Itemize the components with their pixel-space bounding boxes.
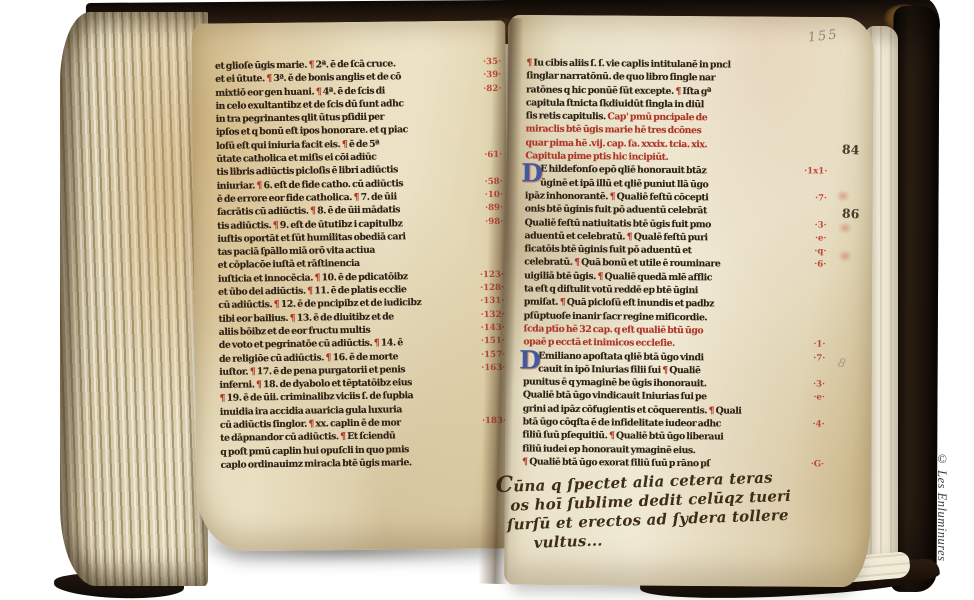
- left-page-text: et glioſe ūgis marie. ¶ 2ª. ē de ſcā cru…: [215, 56, 477, 472]
- margin-number: ·3·: [813, 379, 825, 392]
- manuscript-text: ta eſt q diſtulit votū reddē ep btē ūgin…: [524, 283, 698, 296]
- manuscript-text: Qualiē btā ūgo vindicauit Iniurias ſui p…: [523, 390, 707, 403]
- manuscript-text: ūginē et ipā illū et qliē puniut llā ūgo: [540, 177, 708, 190]
- rubric-text: Capitula pime ptis hic incipiūt.: [525, 150, 668, 162]
- manuscript-text: ſinglar narratōnū. de quo libro ſingle n…: [526, 71, 715, 84]
- manuscript-text: cū adiūctis ſinglor.: [220, 419, 309, 431]
- manuscript-text: 9. eſt de ūtutibz i capitulbz: [278, 218, 402, 231]
- margin-number: ·7·: [813, 352, 825, 365]
- manuscript-text: Emiliano apoſtata qliē btā ūgo vindi: [538, 350, 703, 363]
- right-page-text: ¶ Iu cibis aliis ſ. ſ. vie caplis intitu…: [522, 56, 794, 471]
- manuscript-text: 19. ē de ūii. criminalibz viciis ſ. de ſ…: [225, 391, 413, 405]
- manuscript-text: uigiliā btē ūgis.: [524, 270, 598, 282]
- rubric-text: miraclis btē ūgis marie hē tres dcōnes: [526, 124, 702, 137]
- manuscript-text: et ei ūtute.: [215, 73, 266, 85]
- manuscript-text: iuſtis oportāt et ſūt humilitas obediā c…: [217, 231, 405, 245]
- manuscript-text: grini ad ipāz cōfugientis et cōquerentis…: [523, 403, 709, 416]
- manuscript-text: 11. ē de platis eccłie: [313, 284, 407, 296]
- manuscript-text: btā ūgo cōqſta ē de infidelitate iudeor …: [523, 416, 721, 429]
- margin-number: ·6·: [814, 259, 826, 272]
- manuscript-text: Qualiē quedā mlē afflic: [603, 271, 712, 283]
- manuscript-line: caplo ordinauimz miracla btē ūgis marie.: [220, 455, 476, 472]
- manuscript-text: loſū eſt qui iniuria facit eis.: [216, 139, 342, 152]
- manuscript-text: Qualiē: [668, 365, 701, 376]
- manuscript-text: 13. ē de diuitibz et de: [295, 311, 394, 323]
- manuscript-text: ipāz inhonorantē.: [525, 190, 610, 202]
- manuscript-text: tas paciā ſpāllo miā orō vita actiua: [218, 245, 375, 258]
- manuscript-text: ratōnes q hic ponūē ſūt excepte.: [526, 84, 675, 97]
- manuscript-text: 10. ē de pdicatōibz: [320, 271, 408, 283]
- margin-number: ·q·: [814, 246, 826, 259]
- manuscript-text: de voto et pegrinatōe cū adiūctis.: [219, 338, 374, 351]
- manuscript-text: iuſticia et innocēcia.: [218, 272, 315, 284]
- manuscript-text: ipſos et q bonū eſt ipos honorare. et q …: [216, 125, 408, 139]
- manuscript-text: in celo exultantibz et de ſcis dū ſunt a…: [215, 98, 403, 112]
- manuscript-text: tibi eor bailius.: [218, 312, 289, 324]
- fore-edge-ink-number: 84: [842, 142, 860, 158]
- manuscript-text: tis adiūctis.: [217, 220, 273, 232]
- manuscript-text: Qualiē btā ūgo exorat filiū ſuū p rāno p…: [528, 456, 710, 469]
- illuminated-initial: D: [519, 345, 537, 374]
- manuscript-text: Quali: [714, 405, 741, 416]
- manuscript-text: aduentū et celebratū.: [524, 230, 626, 242]
- margin-number: ·7·: [815, 192, 827, 205]
- margin-number: ·1x1·: [804, 166, 827, 180]
- manuscript-text: 16. ē de morte: [331, 351, 398, 363]
- manuscript-text: Qualē feſtū puri: [632, 231, 708, 243]
- fore-edge-ink-number: 86: [842, 206, 860, 222]
- right-page: 155 ¶ Iu cibis aliis ſ. ſ. vie caplis in…: [504, 15, 874, 588]
- margin-number: ·3·: [815, 219, 827, 232]
- margin-number: ·e·: [813, 392, 825, 405]
- margin-number: ·e·: [815, 232, 827, 245]
- manuscript-text: 4ª. ē de ſcis di: [321, 85, 385, 97]
- red-bleedthrough-mark: [838, 250, 852, 262]
- manuscript-text: E hildefonſo epō qliē honorauit btāz: [540, 164, 706, 177]
- manuscript-text: et cōplacōe iuſtā et rāſtinencia: [218, 258, 360, 271]
- manuscript-text: Iſta gª: [681, 86, 711, 97]
- manuscript-text: Qualiē feſtū cōcepti: [615, 191, 708, 203]
- manuscript-text: Qualiē feſtū natiuitatis btē ūgis fuit p…: [525, 217, 711, 230]
- manuscript-text: inferni.: [219, 379, 256, 391]
- manuscript-text: aliis bōibz et de eor fructu multis: [219, 325, 371, 338]
- manuscript-text: filiū ſuū pſequitiū.: [522, 430, 609, 442]
- manuscript-text: tis libris adiūctis picloſis ē libri adi…: [216, 165, 398, 179]
- red-bleedthrough-mark: [838, 222, 852, 234]
- manuscript-text: Qualiē btū ūgo liberaui: [614, 431, 723, 443]
- manuscript-text: cū adiūctis.: [218, 299, 274, 311]
- manuscript-text: et ūbo dei adiūctis.: [218, 286, 307, 298]
- manuscript-text: 7. de ūii: [359, 191, 397, 203]
- manuscript-text: filiū iudei ep honorauit ymaginē eius.: [522, 443, 695, 456]
- manuscript-text: Quā picloſū eſt inundis et padbz: [565, 297, 714, 310]
- manuscript-text: Iu cibis aliis ſ. ſ. vie caplis intitula…: [532, 57, 731, 70]
- margin-number: ·1·: [813, 339, 825, 352]
- manuscript-text: ſis retis capitulis.: [526, 111, 608, 123]
- manuscript-text: ūtate catholica et miſis ei cōi adiūc: [216, 152, 376, 165]
- illuminated-initial: D: [521, 159, 539, 188]
- manuscript-text: Et ſciendū: [346, 431, 396, 443]
- photo-credit: © Les Enluminures: [934, 452, 949, 600]
- manuscript-text: de religiōe cū adiūctis.: [219, 352, 326, 364]
- rubric-text: ſcda ptīo hē 32 cap. q eſt qualiē btū ūg…: [524, 323, 704, 336]
- manuscript-text: 8. ē de ūii mādatis: [315, 205, 400, 217]
- manuscript-text: pſūptuoſe inanir ſacr regine miſicordie.: [524, 310, 708, 323]
- manuscript-text: iuſtor.: [219, 366, 250, 377]
- manuscript-text: 3ª. ē de bonis anglis et de cō: [272, 72, 401, 85]
- manuscript-photo: et glioſe ūgis marie. ¶ 2ª. ē de ſcā cru…: [0, 0, 974, 600]
- manuscript-text: te dāpnandor cū adiūctis.: [220, 431, 340, 444]
- manuscript-text: Quā bonū et utile ē rouminare: [580, 257, 721, 269]
- manuscript-text: onis btē ūginis fuit pō aduentū celebrāt: [525, 204, 707, 217]
- manuscript-text: caplo ordinauimz miracla btē ūgis marie.: [220, 457, 411, 471]
- manuscript-text: celebratū.: [524, 257, 574, 269]
- margin-number: ·4·: [813, 418, 825, 431]
- manuscript-text: et glioſe ūgis marie.: [215, 60, 309, 72]
- manuscript-text: in tra pegrinantes qlit ūtus pſidii per: [216, 112, 384, 125]
- manuscript-text: punitus ē q ymaginē be ūgis ihonorauit.: [523, 377, 707, 390]
- manuscript-text: cauit in ipō Iniurias filii ſui: [538, 363, 662, 375]
- manuscript-text: q poſt pmū caplin hui opuſcli in quo pmi…: [220, 444, 409, 458]
- manuscript-text: 6. eſt de fide catho. cū adiūctis: [262, 178, 403, 191]
- manuscript-text: 2ª. ē de ſcā cruce.: [314, 58, 396, 70]
- manuscript-text: ſacrātis cū adiūctis.: [217, 206, 310, 218]
- manuscript-text: 17. ē de pena purgatorii et penis: [255, 364, 405, 377]
- rubric-text: quar pima hē .vij. cap. ſa. xxxix. tcia.…: [525, 137, 707, 150]
- manuscript-text: iniuriar.: [217, 180, 257, 192]
- manuscript-text: 18. de dyabolo et tēptatōibz eius: [261, 377, 411, 390]
- manuscript-text: inuidia ira accidia auaricia gula luxuri…: [220, 404, 402, 418]
- manuscript-text: 14. ē: [379, 338, 403, 349]
- manuscript-text: ē de 5ª: [347, 138, 379, 149]
- left-page: et glioſe ūgis marie. ¶ 2ª. ē de ſcā cru…: [191, 20, 511, 551]
- added-cursive-note: Cūna q ſpectet alia cetera terasos hoī ſ…: [495, 464, 854, 554]
- manuscript-text: xx. caplin ē de mor: [314, 417, 401, 429]
- rubric-text: Cap' pmū pncipale de: [607, 111, 707, 123]
- rubric-text: opaē p ecctā et inimicos eccleſie.: [523, 337, 675, 350]
- manuscript-text: capitula ſtnicta ſkdiuidūt ſingla in diū…: [526, 97, 704, 110]
- manuscript-text: mixtiō eor gen huani.: [215, 86, 316, 98]
- manuscript-text: pmiſat.: [524, 297, 560, 308]
- red-bleedthrough-mark: [836, 190, 850, 202]
- leaf-stack-fore-edge: [60, 12, 208, 586]
- folio-number: 155: [807, 27, 839, 45]
- manuscript-text: 12. ē de pncipibz et de iudicibz: [279, 297, 421, 310]
- manuscript-text: ē de errore eor fide catholica.: [217, 192, 354, 205]
- manuscript-text: ficatōis btē ūginis fuit pō aduentū et: [524, 244, 691, 257]
